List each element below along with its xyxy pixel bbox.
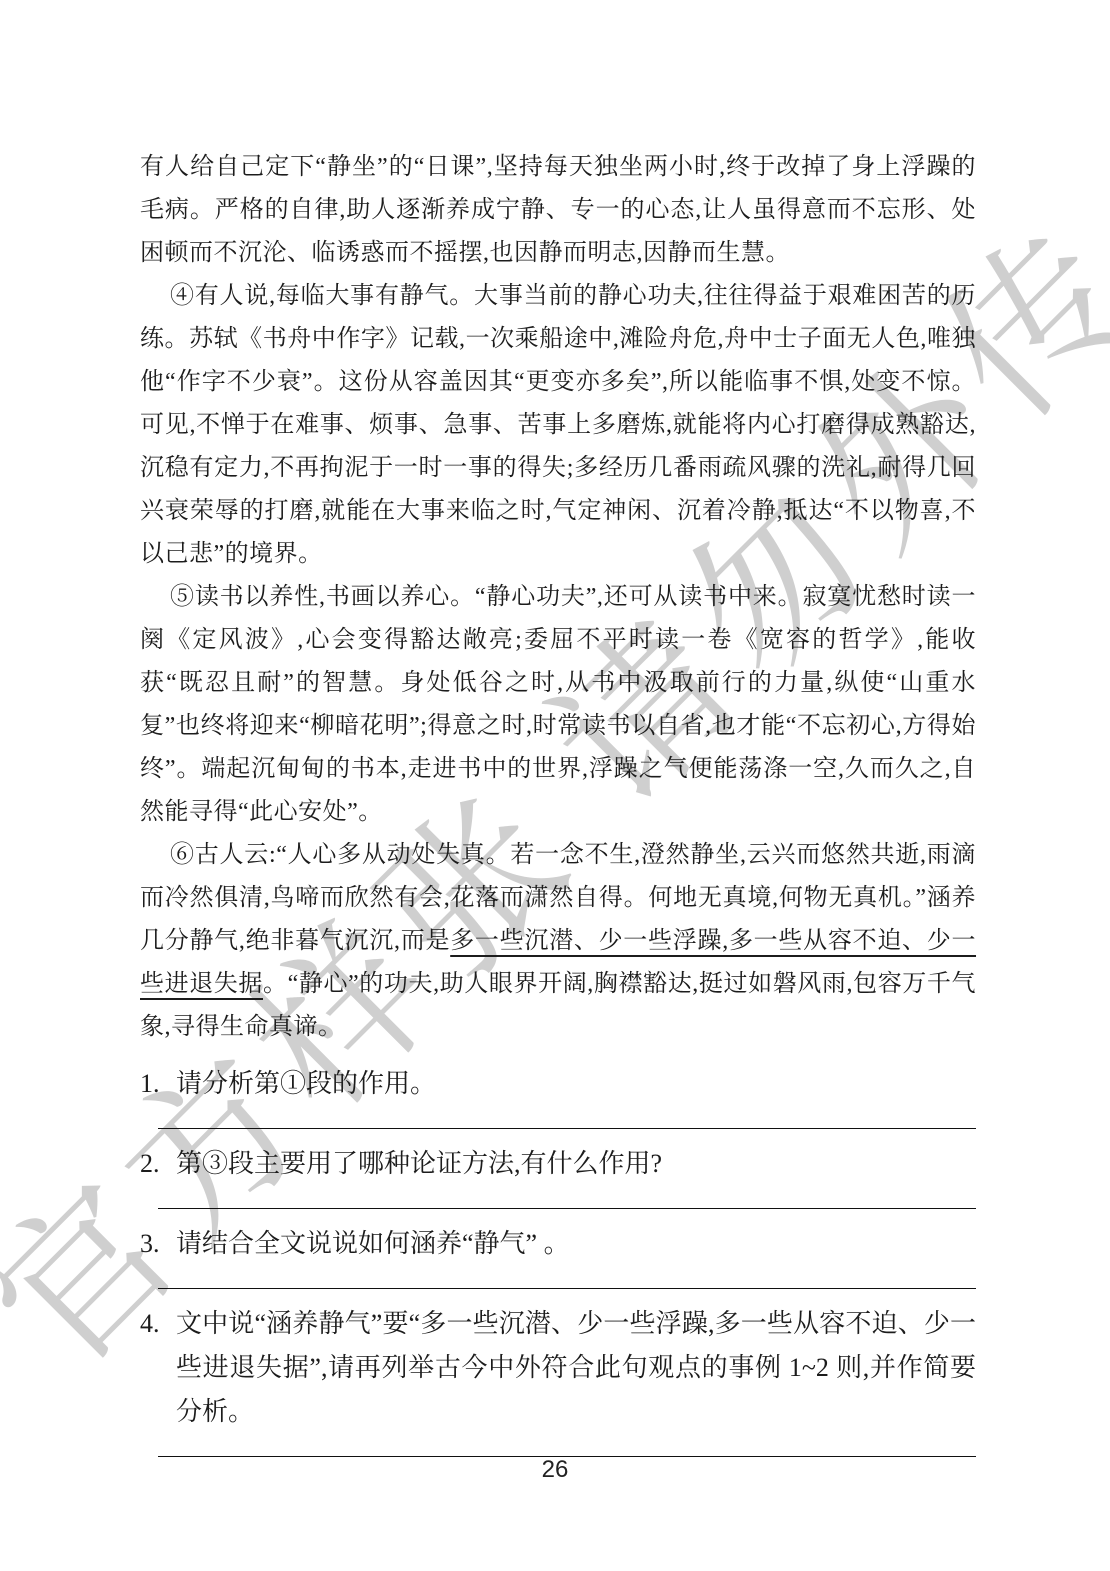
answer-line [158,1128,976,1129]
paragraph-text: ⑤读书以养性,书画以养心。“静心功夫”,还可从读书中来。寂寞忧愁时读一阕《定风波… [140,584,976,825]
paragraph-text: 。“静心”的功夫,助人眼界开阔,胸襟豁达,挺过如磐风雨,包容万千气象,寻得生命真… [140,971,976,1040]
question-text: 文中说“涵养静气”要“多一些沉潜、少一些浮躁,多一些从容不迫、少一些进退失据”,… [176,1302,976,1434]
body-paragraph: ⑤读书以养性,书画以养心。“静心功夫”,还可从读书中来。寂寞忧愁时读一阕《定风波… [140,576,976,834]
question-number: 3. [140,1222,176,1266]
question-text: 第③段主要用了哪种论证方法,有什么作用? [176,1142,976,1186]
question-number: 4. [140,1302,176,1434]
body-paragraph: ④有人说,每临大事有静气。大事当前的静心功夫,往往得益于艰难困苦的历练。苏轼《书… [140,275,976,576]
question-number: 2. [140,1142,176,1186]
answer-line [158,1208,976,1209]
answer-line [158,1288,976,1289]
body-paragraph: 有人给自己定下“静坐”的“日课”,坚持每天独坐两小时,终于改掉了身上浮躁的毛病。… [140,146,976,275]
body-paragraph: ⑥古人云:“人心多从动处失真。若一念不生,澄然静坐,云兴而悠然共逝,雨滴而冷然俱… [140,834,976,1049]
document-page: 官方样张 请勿外传 有人给自己定下“静坐”的“日课”,坚持每天独坐两小时,终于改… [0,0,1110,1571]
question-item: 2.第③段主要用了哪种论证方法,有什么作用? [140,1142,976,1186]
question-item: 1.请分析第①段的作用。 [140,1062,976,1106]
question-number: 1. [140,1062,176,1106]
question-item: 3.请结合全文说说如何涵养“静气” 。 [140,1222,976,1266]
reading-passage: 有人给自己定下“静坐”的“日课”,坚持每天独坐两小时,终于改掉了身上浮躁的毛病。… [140,146,976,1049]
page-content: 有人给自己定下“静坐”的“日课”,坚持每天独坐两小时,终于改掉了身上浮躁的毛病。… [140,146,976,1457]
questions-section: 1.请分析第①段的作用。2.第③段主要用了哪种论证方法,有什么作用?3.请结合全… [140,1062,976,1457]
question-text: 请分析第①段的作用。 [176,1062,976,1106]
page-number: 26 [0,1456,1110,1484]
paragraph-text: 有人给自己定下“静坐”的“日课”,坚持每天独坐两小时,终于改掉了身上浮躁的毛病。… [140,154,976,266]
question-text: 请结合全文说说如何涵养“静气” 。 [176,1222,976,1266]
paragraph-text: ④有人说,每临大事有静气。大事当前的静心功夫,往往得益于艰难困苦的历练。苏轼《书… [140,283,976,567]
question-item: 4.文中说“涵养静气”要“多一些沉潜、少一些浮躁,多一些从容不迫、少一些进退失据… [140,1302,976,1434]
